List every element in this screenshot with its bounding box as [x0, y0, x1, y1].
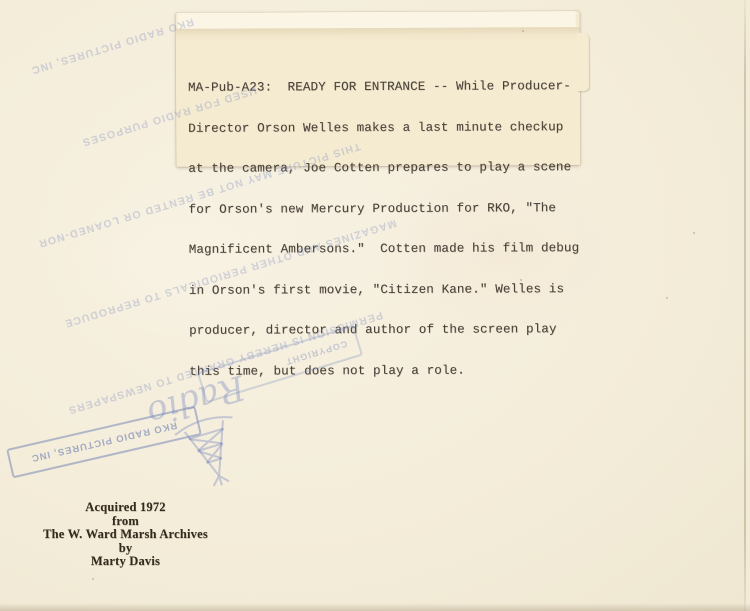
acquisition-line: by — [28, 542, 223, 556]
photo-right-margin — [746, 0, 750, 611]
photo-verso: MA-Pub-A23: READY FOR ENTRANCE -- While … — [0, 0, 750, 611]
paper-speck — [666, 297, 668, 299]
photo-bottom-edge — [0, 603, 750, 611]
acquisition-line: Acquired 1972 — [28, 501, 223, 515]
photo-right-edge — [744, 0, 746, 611]
acquisition-note: Acquired 1972 from The W. Ward Marsh Arc… — [28, 501, 223, 569]
acquisition-line: Marty Davis — [28, 555, 223, 569]
paper-speck — [522, 30, 524, 32]
slip-torn-tab — [577, 33, 589, 91]
paper-speck — [693, 232, 695, 234]
paper-speck — [92, 578, 94, 580]
paper-speck — [520, 279, 522, 281]
acquisition-line: The W. Ward Marsh Archives — [28, 528, 223, 542]
acquisition-line: from — [28, 515, 223, 529]
